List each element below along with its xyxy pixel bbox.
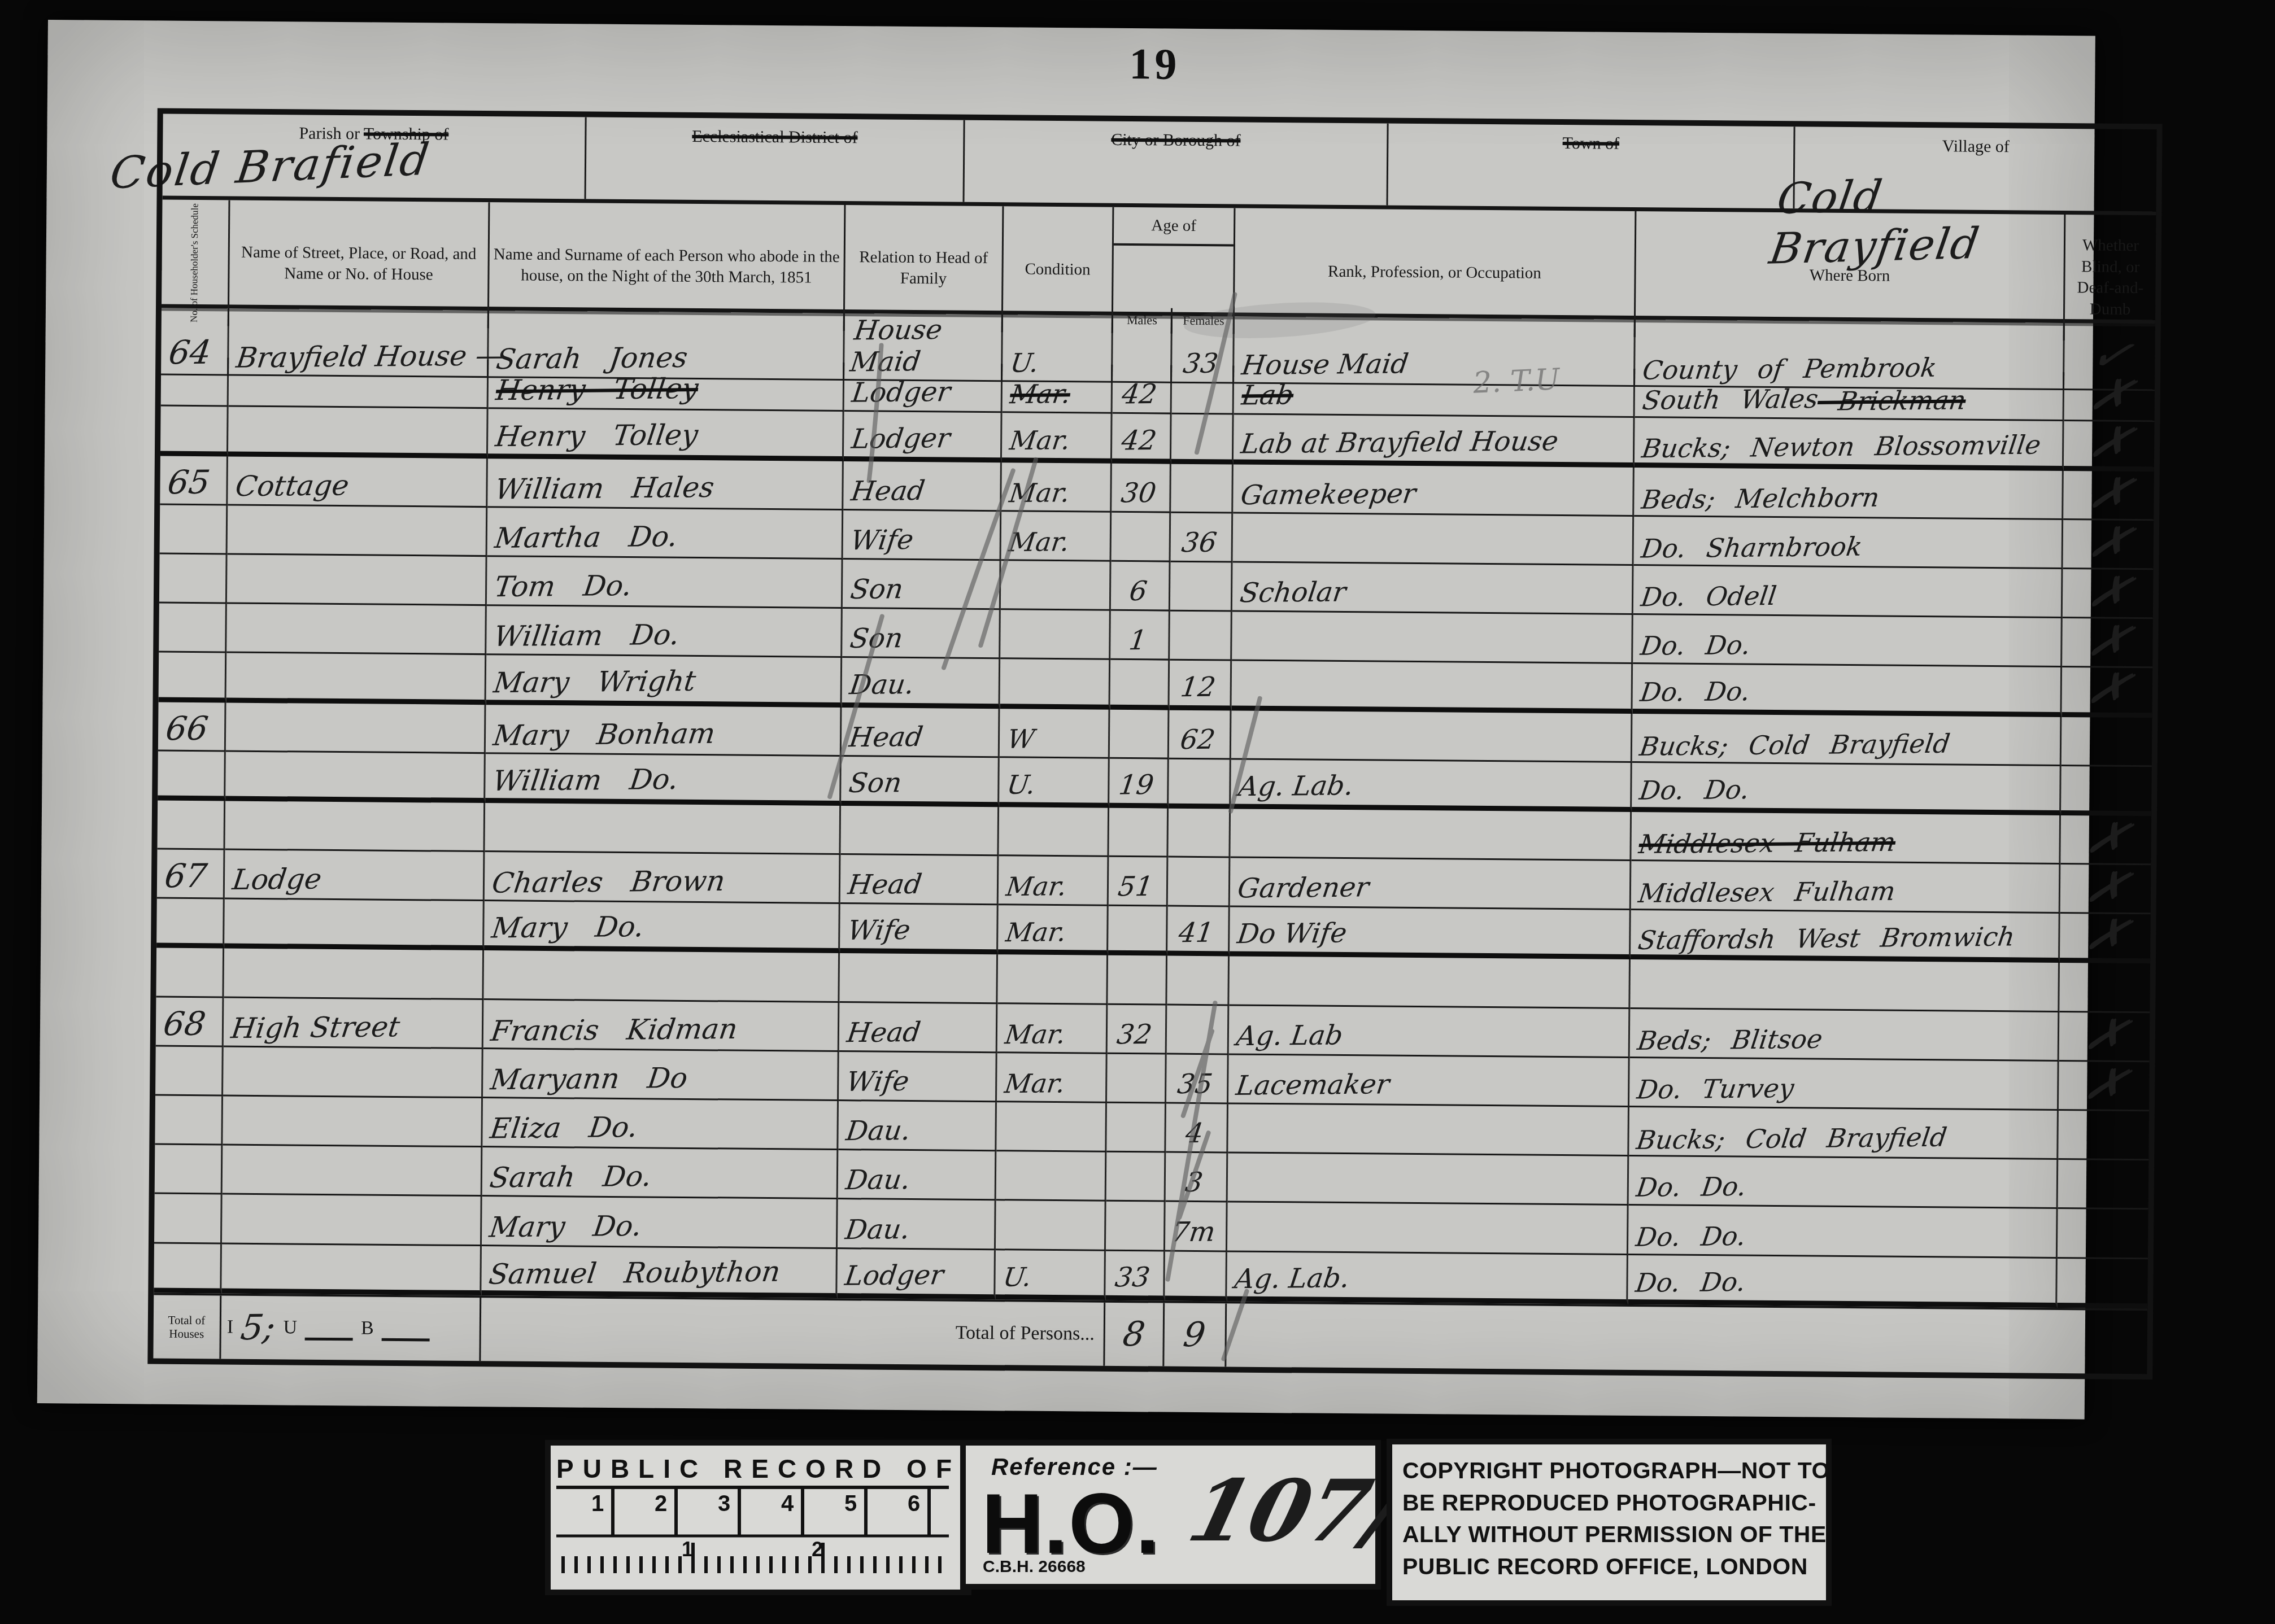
microfilm-photo: 19 Cold Brafield Cold Brayfield Parish o… — [0, 0, 2275, 1624]
cell-born — [1630, 959, 2060, 1012]
cell-street — [228, 505, 488, 557]
cell-name: Mary Do. — [482, 1197, 838, 1248]
cell-relation: Son — [841, 757, 1000, 807]
cell-street — [229, 358, 489, 409]
cell-born: Do. Do. — [1628, 1206, 2058, 1258]
header-ecclesiastical-cell: Ecclesiastical District of — [586, 117, 965, 202]
cell-age_f: 3 — [1166, 1153, 1228, 1203]
cell-born: Beds; Blitsoe — [1630, 1009, 2060, 1062]
cell-born: South Wales Brickman — [1635, 369, 2065, 421]
cell-born: Do. Do. — [1628, 1255, 2058, 1308]
cell-condition — [997, 955, 1108, 1005]
cell-age_m — [1108, 906, 1168, 956]
cell-age_m — [1108, 955, 1167, 1005]
parish-struck-label: Township of — [364, 124, 449, 143]
cell-occupation — [1233, 513, 1635, 566]
cell-age_f — [1167, 1005, 1230, 1055]
cell-occupation: Scholar — [1232, 562, 1634, 615]
cell-age_f: 36 — [1171, 513, 1234, 562]
cell-relation: Head — [842, 708, 1000, 758]
cell-occupation: Gardener — [1230, 858, 1632, 911]
cell-condition: Mar. — [1001, 462, 1112, 513]
cell-name: William Do. — [485, 754, 842, 806]
cell-occupation: Ag. Lab — [1229, 1006, 1631, 1058]
col-schedule-label: No. of Householder's Schedule — [189, 203, 201, 322]
cell-mark — [2058, 1209, 2148, 1259]
cell-occupation — [1231, 710, 1633, 763]
pro-stamp-title: PUBLIC RECORD OFFICE — [556, 1453, 960, 1484]
ecclesiastical-struck-label: Ecclesiastical District of — [692, 127, 857, 147]
cell-mark: ✗ — [2059, 1062, 2150, 1111]
col-schedule-header: No. of Householder's Schedule — [162, 200, 230, 326]
cell-born: Middlesex Fulham — [1631, 812, 2061, 865]
cell-sched — [154, 1243, 222, 1293]
cell-street — [223, 1146, 483, 1197]
cell-mark: ✗ — [2063, 569, 2154, 619]
cell-occupation — [1230, 809, 1632, 861]
cell-relation: Dau. — [838, 1199, 996, 1250]
svg-text:5: 5 — [844, 1491, 857, 1516]
cell-occupation — [1227, 1203, 1629, 1255]
cell-name: Henry Tolley — [489, 360, 845, 412]
cell-relation: Wife — [843, 510, 1002, 561]
cell-age_m — [1107, 1054, 1167, 1104]
cell-street — [225, 801, 485, 852]
cell-born: Beds; Melchborn — [1634, 468, 2064, 520]
cell-condition — [996, 1201, 1106, 1251]
cell-occupation — [1228, 1104, 1629, 1156]
cell-condition — [1000, 660, 1110, 710]
cell-born: Bucks; Cold Brayfield — [1629, 1107, 2059, 1160]
parish-label: Parish or — [299, 124, 364, 143]
village-label: Village of — [1942, 137, 2010, 156]
cell-name: William Do. — [486, 606, 843, 658]
cell-born: Do. Do. — [1632, 664, 2062, 717]
cell-sched — [157, 800, 225, 850]
cell-sched: 66 — [158, 702, 226, 752]
cell-sched — [159, 653, 227, 702]
cell-occupation: Ag. Lab. — [1231, 759, 1632, 812]
age-of-label: Age of — [1114, 207, 1234, 246]
copyright-stamp-box: COPYRIGHT PHOTOGRAPH—NOT TO BE REPRODUCE… — [1387, 1439, 1832, 1606]
cell-age_f — [1172, 365, 1235, 415]
total-persons-label: Total of Persons... — [481, 1298, 1105, 1366]
cell-street — [226, 604, 487, 656]
cell-age_m — [1110, 709, 1170, 759]
cell-age_m — [1109, 808, 1169, 858]
cell-sched — [160, 407, 229, 456]
cell-street: Cottage — [228, 456, 488, 508]
copyright-line: BE REPRODUCED PHOTOGRAPHIC- — [1402, 1487, 1820, 1519]
cell-born: Do. Odell — [1633, 566, 2063, 618]
total-persons-males: 8 — [1105, 1303, 1165, 1367]
cell-name: Mary Bonham — [486, 705, 842, 757]
cell-age_f — [1167, 956, 1230, 1006]
cell-relation — [839, 954, 998, 1004]
col-age-header: Age of Males Females — [1113, 207, 1236, 334]
cell-street — [223, 1047, 483, 1098]
cell-born: Bucks; Newton Blossomville — [1635, 418, 2064, 470]
cell-street — [227, 555, 487, 606]
svg-text:1: 1 — [682, 1538, 693, 1561]
cell-mark: ✗ — [2060, 815, 2151, 865]
cell-name: Samuel Roubython — [481, 1246, 838, 1298]
cell-occupation: Lab at Brayfield House — [1234, 415, 1635, 468]
cell-relation: Son — [842, 609, 1001, 659]
cell-age_f: 4 — [1166, 1104, 1228, 1154]
cell-age_m — [1112, 513, 1171, 562]
cell-sched — [155, 1096, 223, 1146]
city-struck-label: City or Borough of — [1111, 130, 1240, 150]
cell-sched — [160, 505, 228, 555]
cell-born: Do. Sharnbrook — [1633, 517, 2063, 569]
cell-condition — [996, 1102, 1107, 1152]
cell-born: Do. Do. — [1632, 763, 2062, 815]
cell-relation: Head — [839, 1003, 998, 1053]
cell-age_f: 12 — [1169, 661, 1232, 710]
cell-mark: ✗ — [2063, 520, 2154, 570]
svg-text:2: 2 — [812, 1538, 823, 1561]
col-condition-header: Condition — [1003, 206, 1114, 333]
cell-sched — [161, 357, 229, 407]
cell-born: Do. Turvey — [1629, 1058, 2059, 1111]
cell-sched: 68 — [156, 997, 224, 1047]
cell-sched — [154, 1194, 223, 1244]
cell-sched — [158, 751, 226, 801]
houses-b-label: B — [361, 1317, 374, 1339]
cell-born: Bucks; Cold Brayfield — [1632, 714, 2062, 766]
reference-code: C.B.H. 26668 — [983, 1557, 1086, 1577]
cell-age_m: 33 — [1105, 1251, 1165, 1300]
header-parish-cell: Parish or Township of — [163, 114, 587, 199]
totals-empty-cell — [1226, 1303, 2147, 1374]
cell-relation: Dau. — [838, 1150, 997, 1200]
census-form: Parish or Township of Ecclesiastical Dis… — [147, 108, 2162, 1380]
cell-name — [483, 951, 840, 1003]
column-header-band: No. of Householder's Schedule Name of St… — [162, 200, 2156, 324]
header-village-cell: Village of — [1794, 126, 2156, 211]
houses-u-blank — [305, 1315, 353, 1341]
copyright-line: COPYRIGHT PHOTOGRAPH—NOT TO — [1402, 1455, 1820, 1487]
cell-relation: Lodger — [837, 1249, 996, 1299]
cell-name: Martha Do. — [487, 508, 844, 560]
cell-name — [485, 803, 841, 855]
cell-age_f — [1171, 464, 1234, 513]
cell-name: Charles Brown — [485, 852, 841, 904]
total-houses-value: I 5; U B — [221, 1295, 481, 1361]
cell-mark — [2058, 1160, 2149, 1210]
cell-age_m: 19 — [1109, 758, 1169, 808]
cell-mark: ✗ — [2059, 1012, 2150, 1062]
cell-name: Henry Tolley — [488, 409, 844, 461]
cell-condition: Mar. — [1002, 413, 1113, 464]
cell-condition: U. — [995, 1250, 1106, 1300]
col-blind-header: Whether Blind, or Deaf-and-Dumb — [2065, 215, 2156, 341]
houses-i-value: 5; — [238, 1307, 278, 1348]
cell-age_f — [1169, 759, 1231, 809]
houses-b-blank — [382, 1316, 430, 1342]
census-rows: 64Brayfield House —Sarah JonesHouse Maid… — [154, 308, 2155, 1308]
col-relation-header: Relation to Head of Family — [845, 205, 1004, 332]
cell-age_f: 41 — [1167, 907, 1230, 957]
cell-age_f: 35 — [1166, 1054, 1229, 1104]
cell-age_m — [1106, 1202, 1166, 1251]
cell-condition: Mar. — [998, 906, 1109, 956]
cell-condition: Mar. — [999, 856, 1109, 906]
cell-mark — [2062, 717, 2152, 767]
copyright-line: PUBLIC RECORD OFFICE, LONDON — [1402, 1551, 1820, 1583]
cell-name: Mary Do. — [484, 901, 840, 953]
header-town-cell: Town of — [1388, 124, 1795, 209]
cell-age_f — [1168, 858, 1231, 907]
cell-name: William Hales — [487, 459, 844, 510]
cell-street — [221, 1244, 482, 1295]
cell-condition — [996, 1151, 1107, 1202]
total-persons-females: 9 — [1164, 1303, 1227, 1367]
cell-mark — [2057, 1259, 2148, 1308]
cell-street — [226, 653, 487, 705]
cell-condition: Mar. — [997, 1004, 1108, 1054]
cell-relation: Dau. — [838, 1101, 997, 1151]
cell-age_m: 51 — [1109, 857, 1169, 907]
cell-name: Maryann Do — [483, 1049, 839, 1101]
cell-age_f — [1171, 414, 1234, 464]
houses-i-label: I — [227, 1316, 234, 1338]
cell-condition: U. — [999, 758, 1110, 808]
cell-street — [222, 1195, 482, 1246]
cell-sched — [159, 555, 228, 604]
svg-text:2: 2 — [655, 1491, 667, 1516]
cell-occupation: Ag. Lab. — [1227, 1252, 1628, 1304]
svg-text:1: 1 — [591, 1491, 604, 1516]
cell-age_m — [1106, 1152, 1166, 1202]
cell-occupation: Do Wife — [1230, 907, 1631, 960]
cell-age_m — [1106, 1103, 1166, 1153]
cell-occupation: Lab2. T.U — [1234, 366, 1636, 418]
cell-street: Lodge — [225, 850, 485, 902]
cell-age_f: 7m — [1165, 1202, 1228, 1252]
cell-born: Do. Do. — [1629, 1156, 2059, 1209]
cell-relation: Son — [843, 560, 1001, 610]
cell-age_m: 1 — [1110, 611, 1170, 661]
cell-sched: 65 — [160, 456, 228, 505]
cell-street — [228, 407, 489, 459]
cell-street — [223, 1096, 483, 1147]
cell-age_f — [1170, 612, 1232, 661]
page-number: 19 — [1129, 38, 1180, 90]
cell-condition: Mar. — [997, 1053, 1108, 1103]
cell-name: Eliza Do. — [482, 1098, 839, 1150]
svg-text:4: 4 — [781, 1491, 794, 1516]
cell-sched — [155, 1046, 224, 1096]
cell-street — [226, 702, 486, 754]
cell-condition — [1001, 561, 1112, 611]
reference-stamp-box: Reference :— H.O. 107/1723 C.B.H. 26668 — [960, 1440, 1381, 1590]
location-header-band: Parish or Township of Ecclesiastical Dis… — [163, 114, 2157, 216]
cell-name: Tom Do. — [487, 557, 843, 609]
cell-age_m: 42 — [1113, 365, 1173, 414]
cell-mark: ✗ — [2060, 914, 2151, 963]
cell-condition: Mar. — [1001, 512, 1112, 562]
cell-occupation: Gamekeeper — [1233, 464, 1635, 517]
cell-age_m: 42 — [1112, 414, 1172, 464]
houses-u-label: U — [283, 1317, 297, 1338]
cell-mark: ✗ — [2064, 421, 2155, 471]
svg-text:3: 3 — [718, 1491, 730, 1516]
cell-mark — [2061, 766, 2152, 816]
public-record-office-stamp: PUBLIC RECORD OFFICE 12345612 — [545, 1440, 971, 1595]
census-page: 19 Cold Brafield Cold Brayfield Parish o… — [37, 20, 2095, 1419]
cell-born: Staffordsh West Bromwich — [1631, 910, 2060, 963]
svg-text:6: 6 — [908, 1491, 920, 1516]
cell-sched — [156, 948, 224, 998]
cell-age_m: 6 — [1111, 562, 1171, 612]
cell-born: Do. Do. — [1633, 615, 2063, 667]
cell-age_f — [1170, 562, 1233, 612]
cell-relation: Head — [840, 855, 999, 905]
total-houses-label: Total of Houses — [153, 1295, 221, 1359]
cell-street: High Street — [224, 998, 484, 1049]
header-city-cell: City or Borough of — [965, 120, 1389, 206]
cell-age_f: 62 — [1169, 710, 1232, 759]
cell-occupation: Lacemaker — [1228, 1055, 1630, 1107]
ruler-scale: 12345612 — [556, 1484, 949, 1574]
cell-name: Mary Wright — [486, 655, 843, 707]
cell-occupation — [1228, 1154, 1629, 1206]
cell-age_f — [1165, 1251, 1227, 1301]
cell-mark — [2058, 1111, 2149, 1160]
cell-condition: Mar. — [1003, 364, 1113, 414]
cell-born: Middlesex Fulham — [1631, 861, 2061, 914]
cell-relation: Wife — [839, 1052, 997, 1102]
cell-relation — [840, 806, 999, 856]
cell-occupation — [1231, 661, 1633, 714]
cell-condition — [1000, 610, 1111, 660]
cell-name: Sarah Do. — [482, 1147, 839, 1199]
cell-sched — [159, 604, 227, 653]
cell-name: Francis Kidman — [483, 1000, 840, 1052]
cell-relation: Wife — [840, 904, 999, 954]
cell-relation: Dau. — [842, 658, 1000, 708]
cell-relation: Head — [843, 461, 1002, 512]
cell-age_m: 32 — [1108, 1005, 1167, 1054]
cell-mark: ✗ — [2062, 667, 2152, 717]
cell-age_f — [1168, 809, 1231, 858]
cell-street — [224, 900, 485, 951]
cell-sched — [155, 1145, 223, 1195]
cell-relation: Lodger — [844, 412, 1003, 462]
cell-relation: Lodger — [844, 363, 1003, 413]
cell-condition — [999, 807, 1109, 857]
copyright-line: ALLY WITHOUT PERMISSION OF THE — [1402, 1518, 1820, 1551]
town-struck-label: Town of — [1563, 134, 1620, 153]
cell-street — [224, 949, 484, 1000]
cell-occupation — [1232, 612, 1633, 665]
cell-sched — [156, 899, 225, 949]
cell-occupation — [1229, 957, 1631, 1009]
cell-age_m: 30 — [1112, 463, 1171, 513]
cell-street — [225, 752, 486, 803]
pencil-annotation: 2. T.U — [1472, 363, 1561, 400]
cell-condition: W — [1000, 709, 1110, 759]
cell-age_m — [1110, 660, 1170, 710]
cell-sched: 67 — [157, 850, 225, 900]
